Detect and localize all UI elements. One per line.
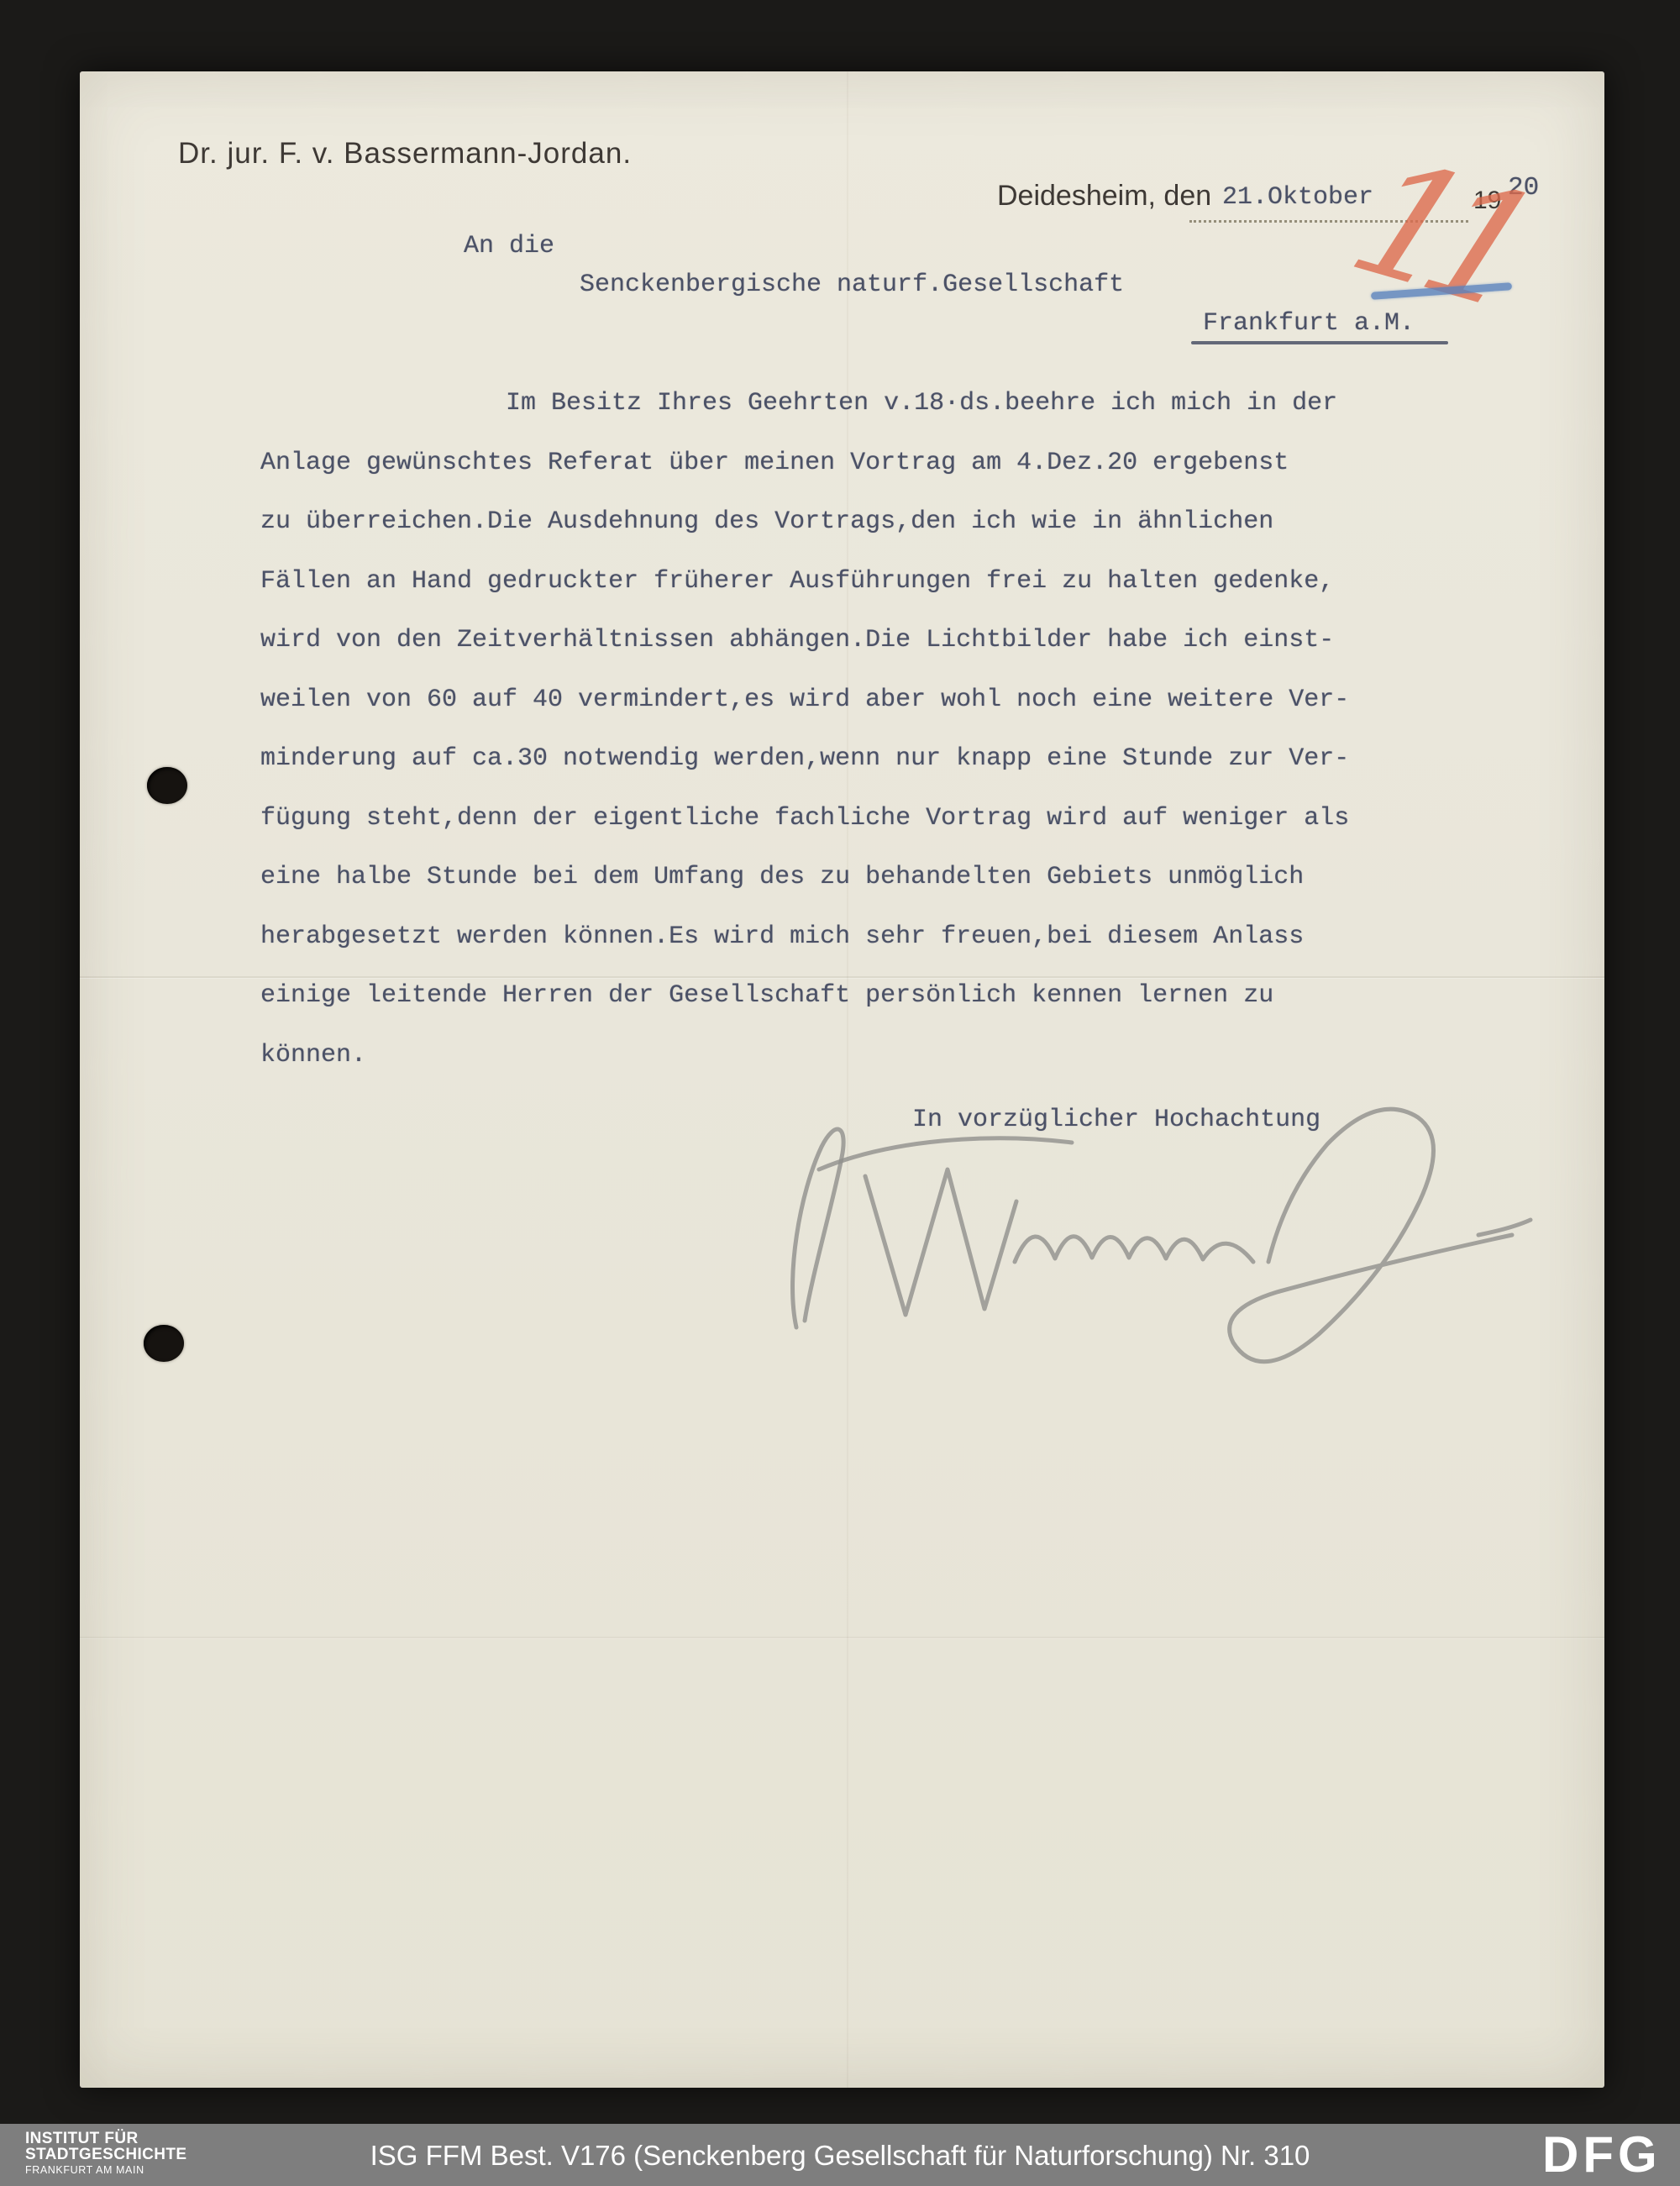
letter-body: Im Besitz Ihres Geehrten v.18·ds.beehre … [260, 388, 1349, 1099]
body-line: minderung auf ca.30 notwendig werden,wen… [260, 744, 1349, 803]
body-line: Anlage gewünschtes Referat über meinen V… [260, 448, 1349, 507]
institute-logo-line3: FRANKFURT AM MAIN [25, 2165, 186, 2176]
recipient-line-3: Frankfurt a.M. [1203, 309, 1415, 338]
institute-logo: INSTITUT FÜR STADTGESCHICHTE FRANKFURT A… [25, 2131, 186, 2176]
archive-reference: ISG FFM Best. V176 (Senckenberg Gesellsc… [370, 2140, 1310, 2172]
letterhead: Dr. jur. F. v. Bassermann-Jordan. [178, 137, 632, 171]
body-line: wird von den Zeitverhältnissen abhängen.… [260, 625, 1349, 685]
recipient-line-2: Senckenbergische naturf.Gesellschaft [580, 271, 1124, 299]
institute-logo-line2: STADTGESCHICHTE [25, 2147, 186, 2162]
body-line: einige leitende Herren der Gesellschaft … [260, 980, 1349, 1040]
body-line: eine halbe Stunde bei dem Umfang des zu … [260, 862, 1349, 922]
body-line: Im Besitz Ihres Geehrten v.18·ds.beehre … [260, 388, 1349, 448]
body-line: weilen von 60 auf 40 vermindert,es wird … [260, 685, 1349, 744]
punch-hole [147, 767, 187, 804]
scan-background: Dr. jur. F. v. Bassermann-Jordan. Deides… [0, 0, 1680, 2186]
recipient-line-1: An die [464, 232, 554, 260]
fold-crease [80, 1637, 1604, 1638]
recipient-underline [1191, 341, 1448, 344]
body-line: herabgesetzt werden können.Es wird mich … [260, 922, 1349, 981]
body-line: Fällen an Hand gedruckter früherer Ausfü… [260, 566, 1349, 626]
body-line: zu überreichen.Die Ausdehnung des Vortra… [260, 507, 1349, 566]
institute-logo-line1: INSTITUT FÜR [25, 2131, 186, 2147]
dfg-logo: DFG [1542, 2126, 1662, 2183]
archive-footer-bar: INSTITUT FÜR STADTGESCHICHTE FRANKFURT A… [0, 2124, 1680, 2186]
body-line: fügung steht,denn der eigentliche fachli… [260, 803, 1349, 863]
dateline-place: Deidesheim, den [997, 180, 1211, 213]
body-line: können. [260, 1040, 1349, 1100]
dateline-typed-date: 21.Oktober [1222, 183, 1373, 212]
closing-salutation: In vorzüglicher Hochachtung [912, 1106, 1320, 1134]
punch-hole [144, 1325, 184, 1362]
